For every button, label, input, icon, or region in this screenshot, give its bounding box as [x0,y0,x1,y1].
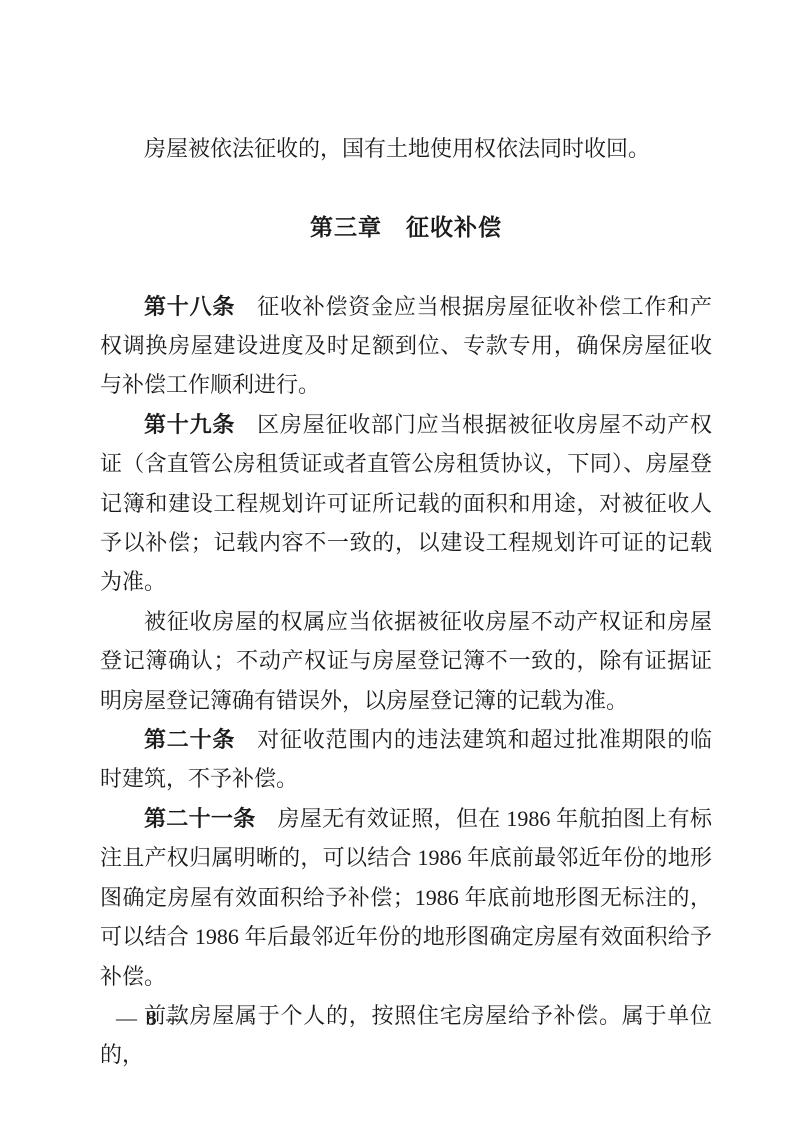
paragraph: 前款房屋属于个人的，按照住宅房屋给予补偿。属于单位的， [100,996,712,1075]
article-number-label: 第二十条 [144,727,235,752]
article-number-label: 第十八条 [144,294,235,319]
page-number: — 8 — [116,1003,189,1033]
paragraph: 第二十条对征收范围内的违法建筑和超过批准期限的临时建筑，不予补偿。 [100,720,712,799]
paragraph: 第十九条区房屋征收部门应当根据被征收房屋不动产权证（含直管公房租赁证或者直管公房… [100,405,712,602]
article-number-label: 第二十一条 [144,806,256,831]
paragraph-text: 区房屋征收部门应当根据被征收房屋不动产权证（含直管公房租赁证或者直管公房租赁协议… [100,412,712,595]
paragraph: 房屋被依法征收的，国有土地使用权依法同时收回。 [100,129,712,168]
chapter-heading: 第三章 征收补偿 [100,208,712,247]
paragraph: 被征收房屋的权属应当依据被征收房屋不动产权证和房屋登记簿确认；不动产权证与房屋登… [100,602,712,720]
paragraph-text: 被征收房屋的权属应当依据被征收房屋不动产权证和房屋登记簿确认；不动产权证与房屋登… [100,609,712,713]
paragraph: 第十八条征收补偿资金应当根据房屋征收补偿工作和产权调换房屋建设进度及时足额到位、… [100,287,712,405]
document-page: 房屋被依法征收的，国有土地使用权依法同时收回。 第三章 征收补偿 第十八条征收补… [0,0,793,1122]
paragraph-text: 前款房屋属于个人的，按照住宅房屋给予补偿。属于单位的， [100,1003,712,1067]
article-number-label: 第十九条 [144,412,235,437]
paragraph: 第二十一条房屋无有效证照，但在 1986 年航拍图上有标注且产权归属明晰的，可以… [100,799,712,996]
paragraph-text: 房屋被依法征收的，国有土地使用权依法同时收回。 [144,136,650,161]
paragraph-text: 房屋无有效证照，但在 1986 年航拍图上有标注且产权归属明晰的，可以结合 19… [100,806,712,989]
document-body: 房屋被依法征收的，国有土地使用权依法同时收回。 第三章 征收补偿 第十八条征收补… [100,129,712,1075]
